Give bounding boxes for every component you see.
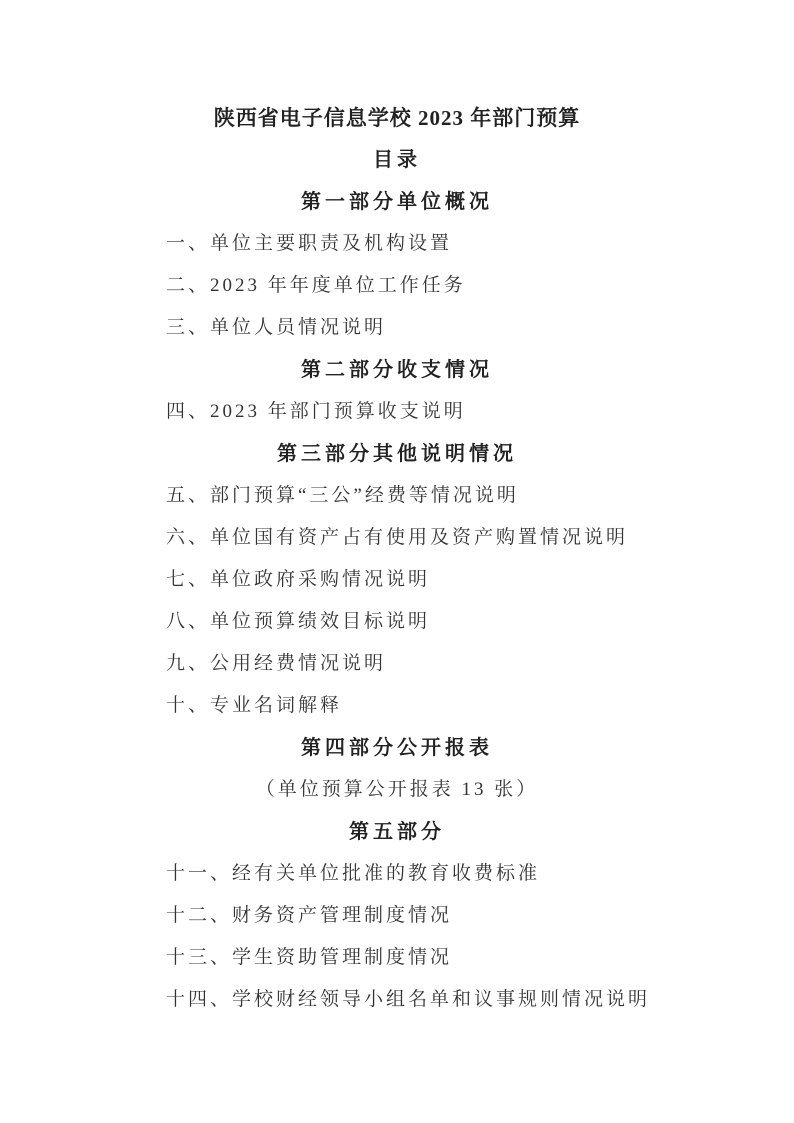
- toc-item-6: 六、单位国有资产占有使用及资产购置情况说明: [120, 517, 674, 559]
- toc-item-13: 十三、学生资助管理制度情况: [120, 937, 674, 979]
- section-heading-part3: 第三部分其他说明情况: [120, 433, 674, 475]
- report-count-note: （单位预算公开报表 13 张）: [120, 769, 674, 811]
- toc-item-3: 三、单位人员情况说明: [120, 307, 674, 349]
- toc-item-11: 十一、经有关单位批准的教育收费标准: [120, 853, 674, 895]
- section-heading-part1: 第一部分单位概况: [120, 181, 674, 223]
- toc-item-4: 四、2023 年部门预算收支说明: [120, 391, 674, 433]
- toc-item-5: 五、部门预算“三公”经费等情况说明: [120, 475, 674, 517]
- toc-item-14: 十四、学校财经领导小组名单和议事规则情况说明: [120, 979, 674, 1021]
- toc-item-8: 八、单位预算绩效目标说明: [120, 601, 674, 643]
- toc-item-1: 一、单位主要职责及机构设置: [120, 223, 674, 265]
- document-title: 陕西省电子信息学校 2023 年部门预算: [120, 97, 674, 139]
- section-heading-part4: 第四部分公开报表: [120, 727, 674, 769]
- toc-item-12: 十二、财务资产管理制度情况: [120, 895, 674, 937]
- toc-heading: 目录: [120, 139, 674, 181]
- section-heading-part2: 第二部分收支情况: [120, 349, 674, 391]
- toc-content: 陕西省电子信息学校 2023 年部门预算 目录 第一部分单位概况 一、单位主要职…: [120, 97, 674, 1021]
- document-page: 陕西省电子信息学校 2023 年部门预算 目录 第一部分单位概况 一、单位主要职…: [0, 0, 794, 1123]
- toc-item-10: 十、专业名词解释: [120, 685, 674, 727]
- toc-item-7: 七、单位政府采购情况说明: [120, 559, 674, 601]
- toc-item-2: 二、2023 年年度单位工作任务: [120, 265, 674, 307]
- toc-item-9: 九、公用经费情况说明: [120, 643, 674, 685]
- section-heading-part5: 第五部分: [120, 811, 674, 853]
